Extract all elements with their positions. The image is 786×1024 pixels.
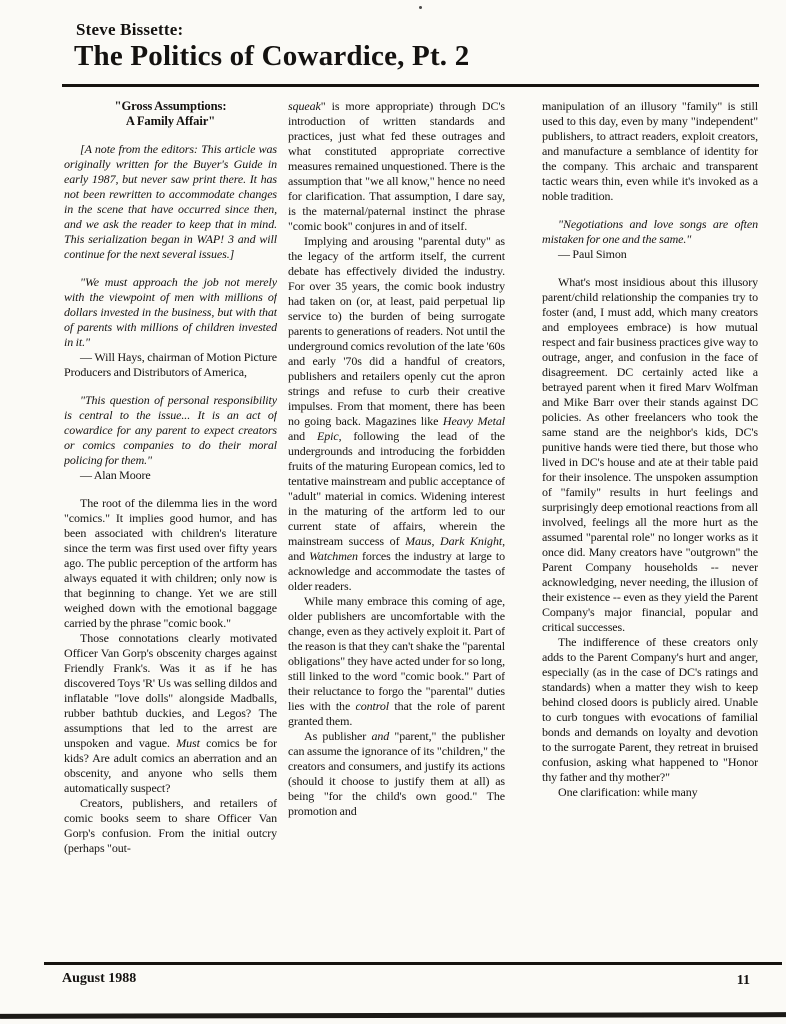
page-number: 11 — [737, 973, 750, 989]
article-block: The root of the dilemma lies in the word… — [64, 496, 277, 631]
article-block: What's most insidious about this illusor… — [542, 275, 758, 635]
article-block: [A note from the editors: This article w… — [64, 142, 277, 262]
article-byline: Steve Bissette: — [76, 20, 183, 40]
article-block: — Paul Simon — [542, 247, 758, 262]
article-block: — Will Hays, chairman of Motion Picture … — [64, 350, 277, 380]
column-3: manipulation of an illusory "family" is … — [542, 99, 758, 960]
article-block: "This question of personal responsibilit… — [64, 393, 277, 468]
article-block: The indifference of these creators only … — [542, 635, 758, 785]
article-block: manipulation of an illusory "family" is … — [542, 99, 758, 204]
magazine-page: Steve Bissette: The Politics of Cowardic… — [0, 0, 786, 1024]
scan-speck-artifact — [419, 6, 422, 9]
issue-date: August 1988 — [62, 971, 136, 987]
column-1: "Gross Assumptions: A Family Affair"[A n… — [64, 99, 277, 960]
article-block: Creators, publishers, and retailers of c… — [64, 796, 277, 856]
article-block: "Gross Assumptions: A Family Affair" — [64, 99, 277, 129]
article-block: Implying and arousing "parental duty" as… — [288, 234, 505, 594]
article-body: "Gross Assumptions: A Family Affair"[A n… — [64, 99, 758, 960]
article-block: One clarification: while many — [542, 785, 758, 800]
article-block: — Alan Moore — [64, 468, 277, 483]
article-title: The Politics of Cowardice, Pt. 2 — [74, 40, 469, 73]
article-block: As publisher and "parent," the publisher… — [288, 729, 505, 819]
article-block: "Negotiations and love songs are often m… — [542, 217, 758, 247]
article-block: squeak" is more appropriate) through DC'… — [288, 99, 505, 234]
scan-edge-artifact — [0, 1012, 786, 1019]
article-block: While many embrace this coming of age, o… — [288, 594, 505, 729]
footer-rule — [44, 962, 782, 965]
article-block: Those connotations clearly motivated Off… — [64, 631, 277, 796]
article-block: "We must approach the job not merely wit… — [64, 275, 277, 350]
header-rule — [62, 84, 759, 87]
column-2: squeak" is more appropriate) through DC'… — [288, 99, 505, 960]
